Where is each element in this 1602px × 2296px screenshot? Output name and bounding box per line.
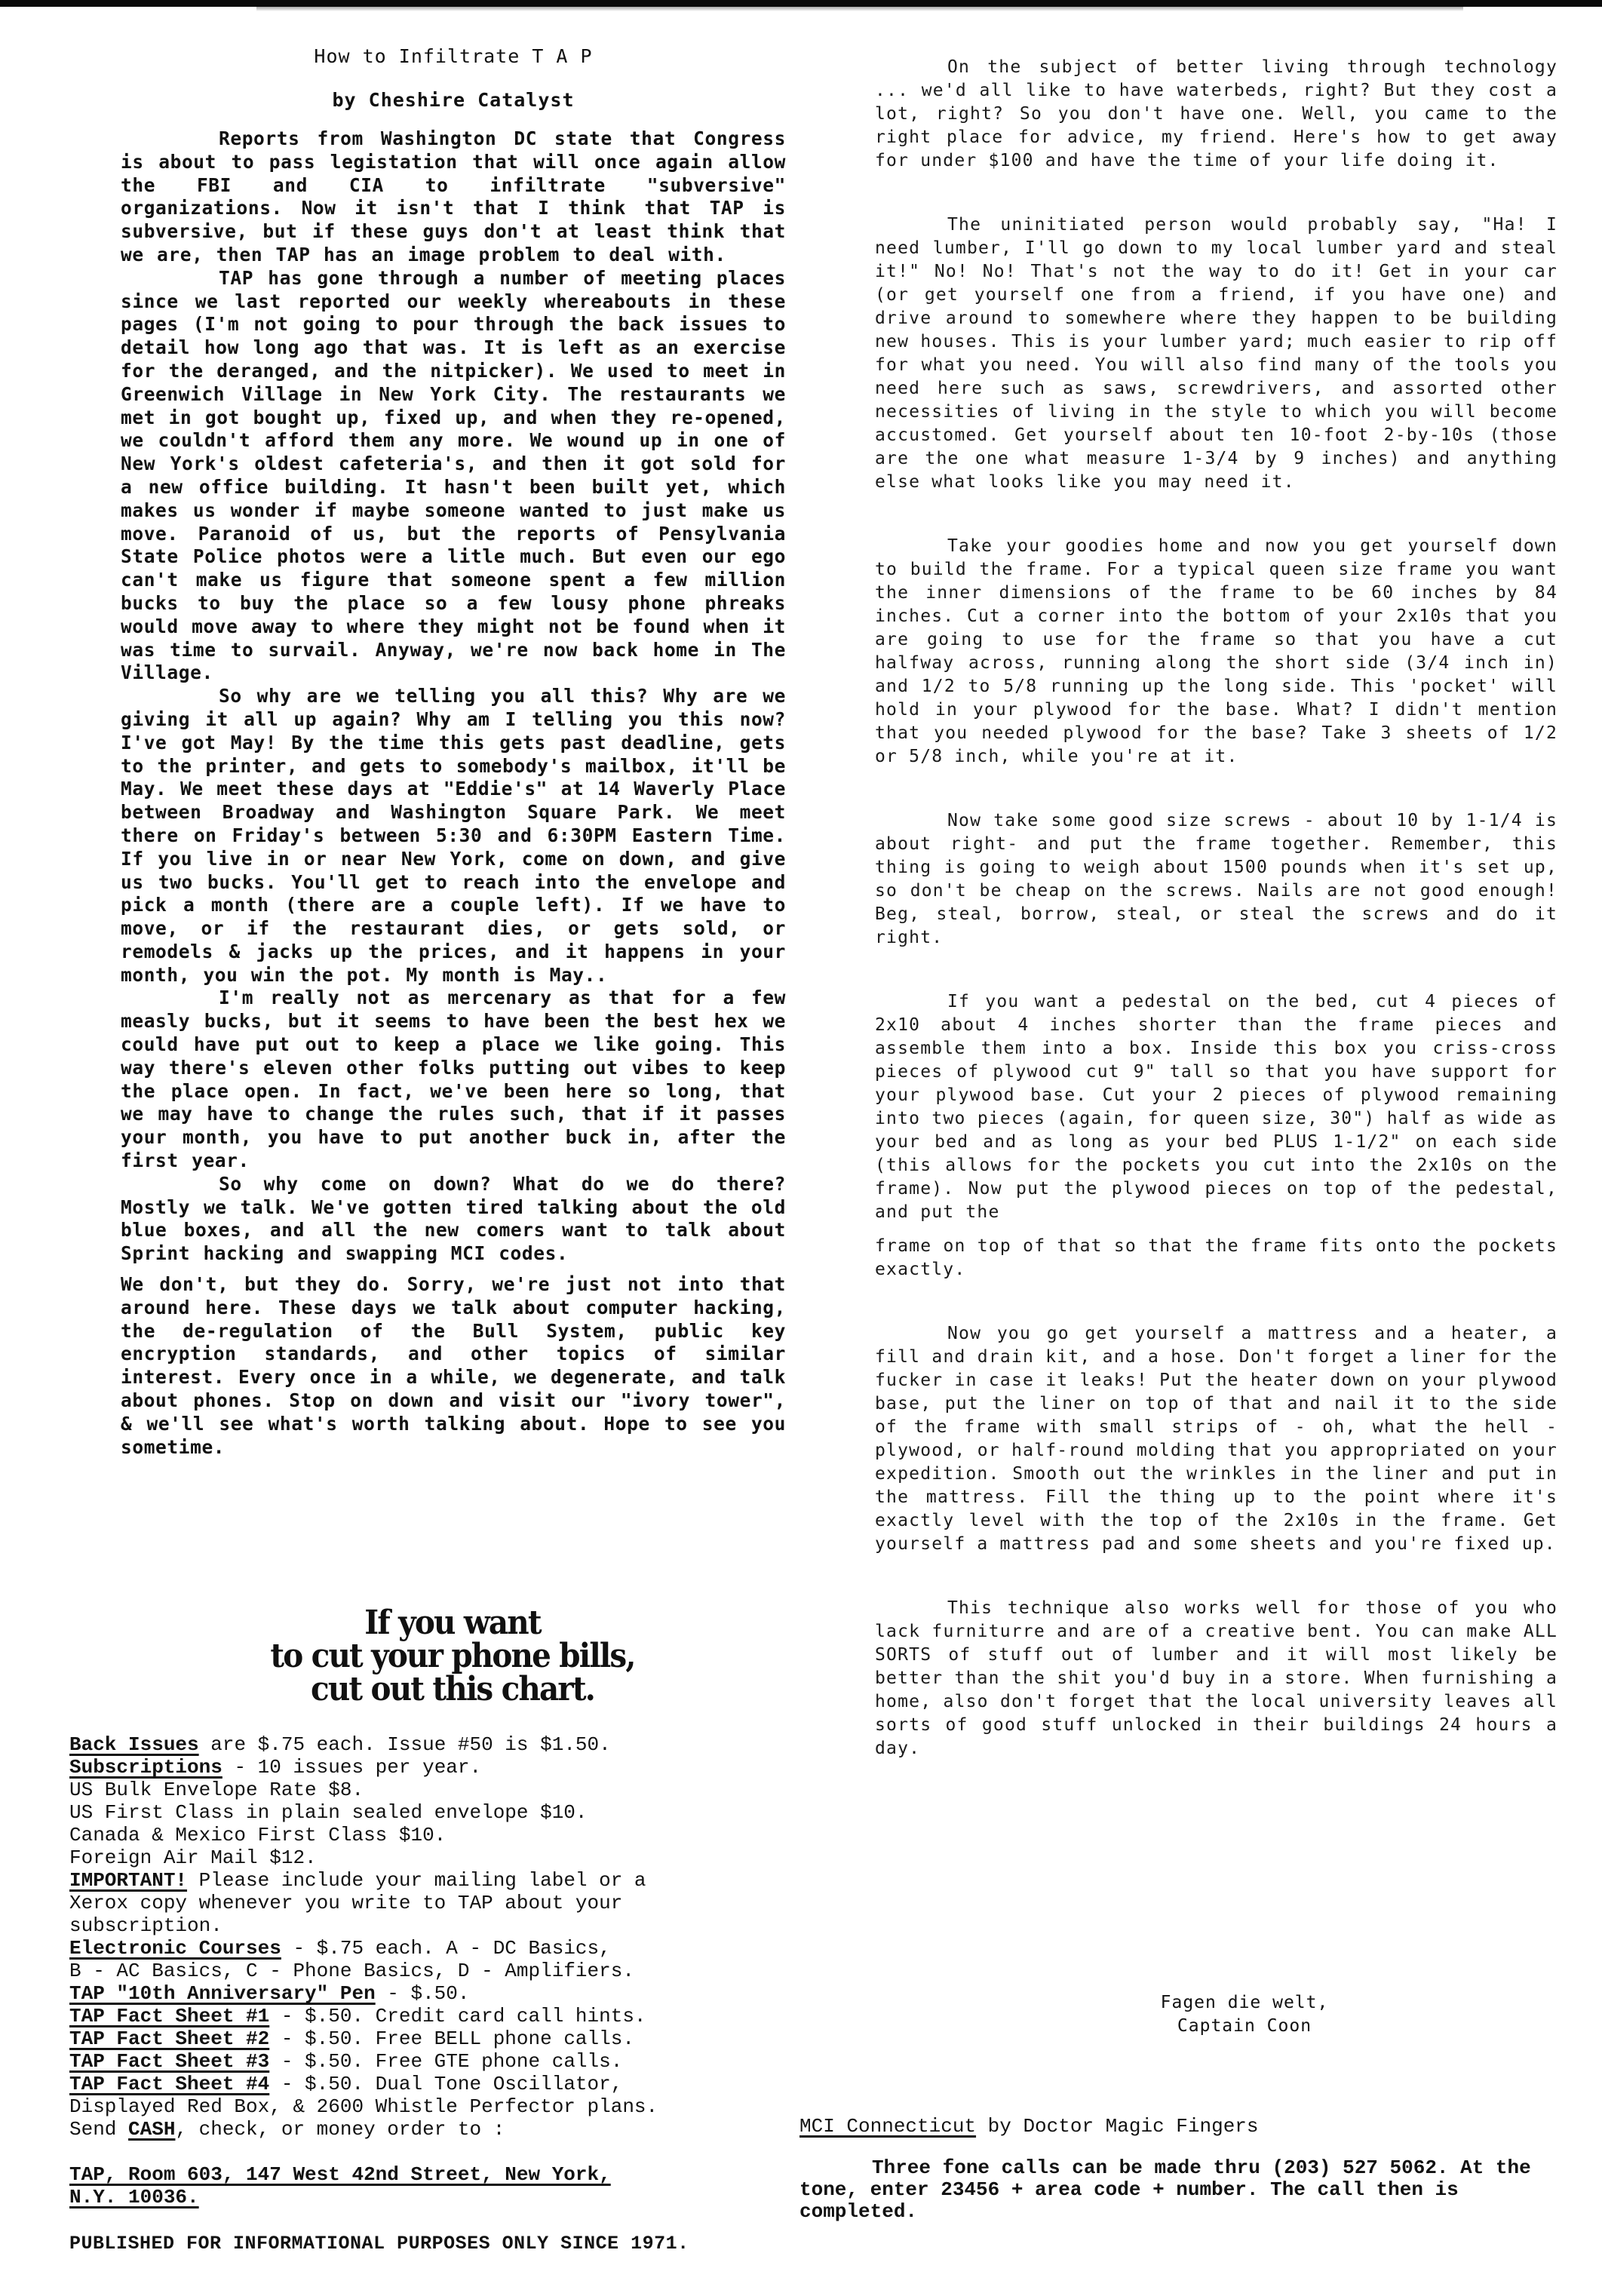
- fact-sheet-line: TAP Fact Sheet #4 - $.50. Dual Tone Osci…: [69, 2073, 793, 2095]
- fact-sheet-text: - $.50. Free GTE phone calls.: [269, 2050, 622, 2073]
- subscriptions-text: - 10 issues per year.: [222, 1756, 481, 1779]
- article-title: How to Infiltrate T A P: [121, 45, 786, 75]
- fact-sheet-line: TAP Fact Sheet #2 - $.50. Free BELL phon…: [69, 2027, 793, 2050]
- courses-line-2: B - AC Basics, C - Phone Basics, D - Amp…: [69, 1960, 793, 1982]
- fact-sheet-text: - $.50. Free BELL phone calls.: [269, 2027, 634, 2050]
- fact-sheet-label: TAP Fact Sheet #1: [69, 2005, 269, 2027]
- article-paragraph: So why come on down? What do we do there…: [121, 1173, 786, 1266]
- article-byline: by Cheshire Catalyst: [121, 89, 786, 111]
- signoff-line: Fagen die welt,: [1131, 1991, 1358, 2015]
- mci-byline: by Doctor Magic Fingers: [976, 2115, 1258, 2138]
- article-paragraph: Reports from Washington DC state that Co…: [121, 127, 786, 267]
- important-line: IMPORTANT! Please include your mailing l…: [69, 1869, 793, 1892]
- courses-line: Electronic Courses - $.75 each. A - DC B…: [69, 1937, 793, 1960]
- back-issues-label: Back Issues: [69, 1733, 199, 1756]
- pen-line: TAP "10th Anniversary" Pen - $.50.: [69, 1982, 793, 2005]
- pen-label: TAP "10th Anniversary" Pen: [69, 1982, 376, 2005]
- article-paragraph: So why are we telling you all this? Why …: [121, 685, 786, 987]
- signoff-author: Captain Coon: [1131, 2015, 1358, 2038]
- courses-text: - $.75 each. A - DC Basics,: [281, 1937, 611, 1960]
- subscription-info: Back Issues are $.75 each. Issue #50 is …: [69, 1733, 793, 2209]
- fact-sheet-label: TAP Fact Sheet #2: [69, 2027, 269, 2050]
- article-paragraph: TAP has gone through a number of meeting…: [121, 267, 786, 685]
- important-label: IMPORTANT!: [69, 1869, 187, 1892]
- fact-sheet-text: - $.50. Dual Tone Oscillator,: [269, 2073, 622, 2095]
- published-notice: PUBLISHED FOR INFORMATIONAL PURPOSES ONL…: [69, 2233, 689, 2255]
- subscriptions-line: Subscriptions - 10 issues per year.: [69, 1756, 793, 1779]
- fact-sheet-label: TAP Fact Sheet #3: [69, 2050, 269, 2073]
- article-paragraph: We don't, but they do. Sorry, we're just…: [121, 1273, 786, 1459]
- fact-sheet-4-line-2: Displayed Red Box, & 2600 Whistle Perfec…: [69, 2095, 793, 2118]
- fact-sheet-line: TAP Fact Sheet #3 - $.50. Free GTE phone…: [69, 2050, 793, 2073]
- fact-sheet-line: TAP Fact Sheet #1 - $.50. Credit card ca…: [69, 2005, 793, 2027]
- subscriptions-label: Subscriptions: [69, 1756, 222, 1779]
- courses-label: Electronic Courses: [69, 1937, 281, 1960]
- send-suffix: , check, or money order to :: [175, 2118, 505, 2141]
- pen-text: - $.50.: [376, 1982, 470, 2005]
- mci-connecticut-note: MCI Connecticut by Doctor Magic Fingers …: [799, 2116, 1554, 2223]
- waterbed-paragraph: frame on top of that so that the frame f…: [875, 1235, 1557, 1282]
- waterbed-paragraph: On the subject of better living through …: [875, 56, 1557, 173]
- waterbed-paragraph: The uninitiated person would probably sa…: [875, 213, 1557, 494]
- send-prefix: Send: [69, 2118, 128, 2141]
- article-paragraph: I'm really not as mercenary as that for …: [121, 987, 786, 1172]
- rate-line: Canada & Mexico First Class $10.: [69, 1824, 793, 1846]
- important-line-3: subscription.: [69, 1914, 793, 1937]
- mci-body: Three fone calls can be made thru (203) …: [799, 2157, 1554, 2223]
- waterbed-paragraph: Now take some good size screws - about 1…: [875, 809, 1557, 950]
- phone-bill-ad-headline: If you want to cut your phone bills, cut…: [244, 1607, 661, 1706]
- rate-line: Foreign Air Mail $12.: [69, 1846, 793, 1869]
- fact-sheet-label: TAP Fact Sheet #4: [69, 2073, 269, 2095]
- rate-line: US Bulk Envelope Rate $8.: [69, 1779, 793, 1801]
- address-line: TAP, Room 603, 147 West 42nd Street, New…: [69, 2163, 793, 2186]
- rate-line: US First Class in plain sealed envelope …: [69, 1801, 793, 1824]
- waterbed-paragraph: Now you go get yourself a mattress and a…: [875, 1322, 1557, 1556]
- waterbed-paragraph: If you want a pedestal on the bed, cut 4…: [875, 990, 1557, 1224]
- scan-top-edge: [0, 0, 1602, 7]
- article-waterbed: On the subject of better living through …: [875, 56, 1557, 1801]
- back-issues-line: Back Issues are $.75 each. Issue #50 is …: [69, 1733, 793, 1756]
- fact-sheet-text: - $.50. Credit card call hints.: [269, 2005, 646, 2027]
- waterbed-paragraph: Take your goodies home and now you get y…: [875, 535, 1557, 769]
- waterbed-signoff: Fagen die welt, Captain Coon: [1131, 1991, 1358, 2038]
- important-text: Please include your mailing label or a: [187, 1869, 646, 1892]
- address-line: N.Y. 10036.: [69, 2186, 793, 2209]
- scan-edge-shadow: [256, 7, 1463, 11]
- mci-heading: MCI Connecticut by Doctor Magic Fingers: [799, 2116, 1554, 2138]
- mci-title: MCI Connecticut: [799, 2115, 976, 2138]
- back-issues-text: are $.75 each. Issue #50 is $1.50.: [199, 1733, 611, 1756]
- ad-line: If you want: [244, 1607, 661, 1640]
- cash-label: CASH: [128, 2118, 175, 2141]
- important-line-2: Xerox copy whenever you write to TAP abo…: [69, 1892, 793, 1914]
- ad-line: cut out this chart.: [244, 1673, 661, 1706]
- waterbed-paragraph: This technique also works well for those…: [875, 1597, 1557, 1760]
- ad-line: to cut your phone bills,: [244, 1640, 661, 1673]
- article-infiltrate-tap: How to Infiltrate T A P by Cheshire Cata…: [121, 45, 786, 1459]
- send-line: Send CASH, check, or money order to :: [69, 2118, 793, 2141]
